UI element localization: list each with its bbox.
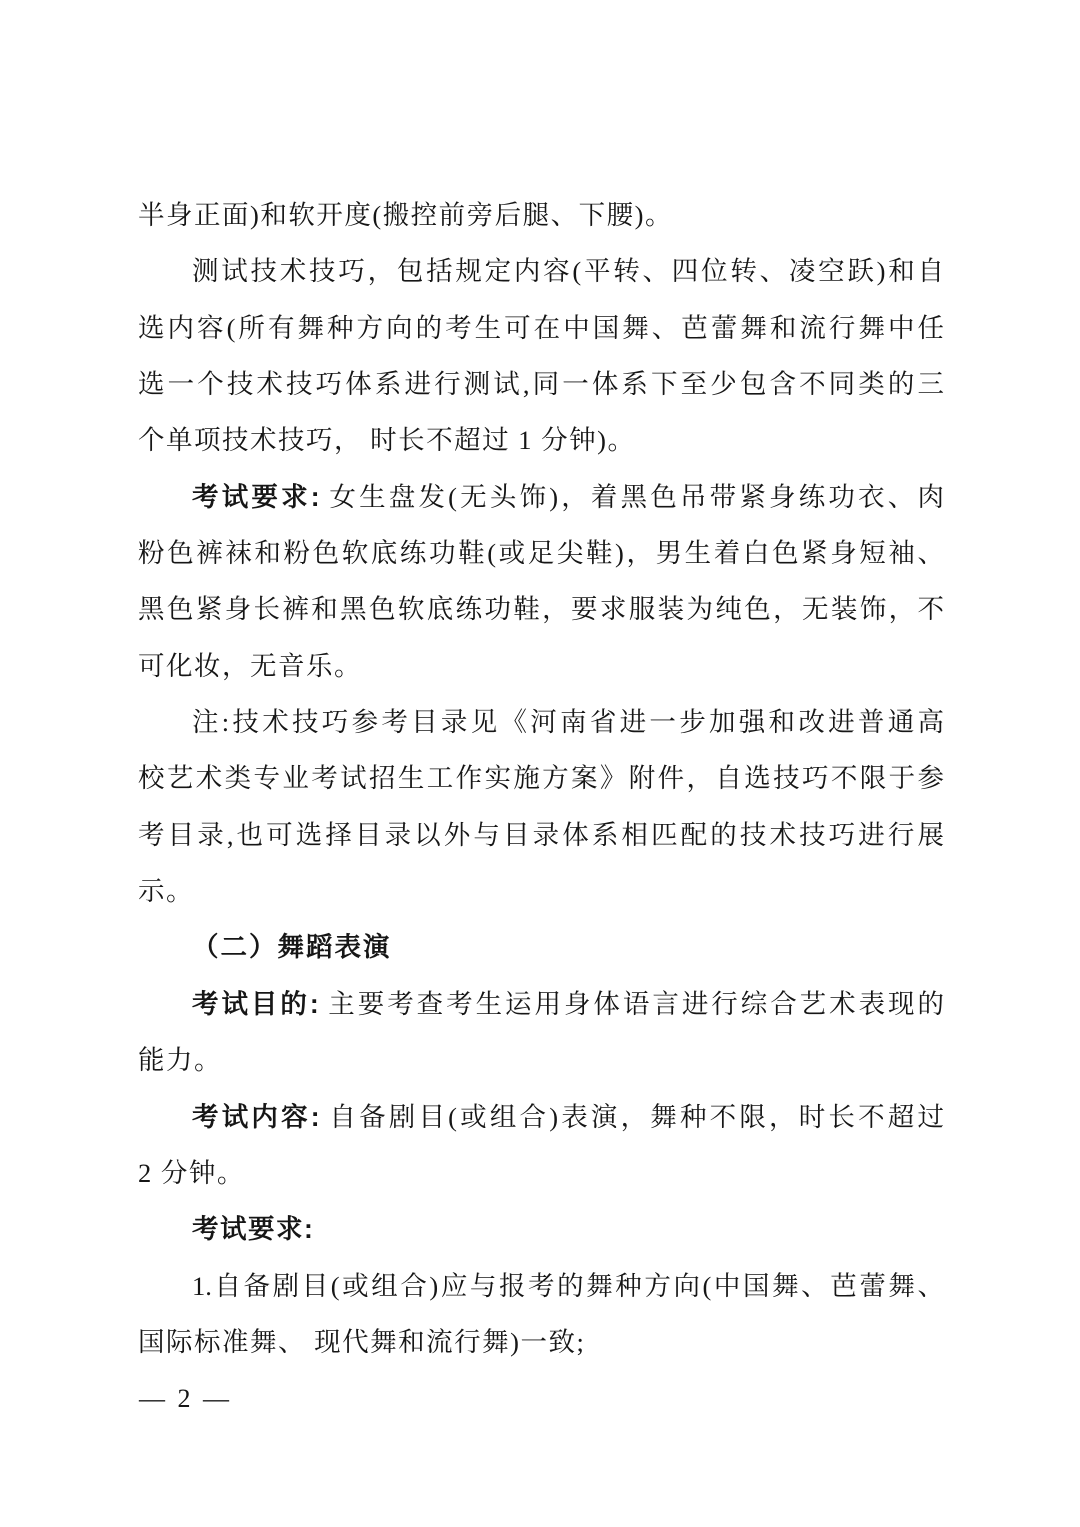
text-line: 半身正面)和软开度(搬控前旁后腿、下腰)。 — [138, 187, 944, 243]
heading-label: （二）舞蹈表演 — [192, 932, 392, 962]
text-line: 国际标准舞、 现代舞和流行舞)一致; — [138, 1314, 944, 1370]
bold-label: 考试要求: — [192, 1214, 314, 1244]
text-line: 可化妆，无音乐。 — [138, 638, 944, 694]
text-line: 粉色裤袜和粉色软底练功鞋(或足尖鞋)，男生着白色紧身短袖、 — [138, 525, 944, 581]
section-heading: （二）舞蹈表演 — [138, 919, 944, 975]
text-line: 校艺术类专业考试招生工作实施方案》附件，自选技巧不限于参 — [138, 750, 944, 806]
text-line: 黑色紧身长裤和黑色软底练功鞋，要求服装为纯色，无装饰，不 — [138, 581, 944, 637]
text-line: 选一个技术技巧体系进行测试,同一体系下至少包含不同类的三 — [138, 356, 944, 412]
text-line: 示。 — [138, 863, 944, 919]
text-line: 注:技术技巧参考目录见《河南省进一步加强和改进普通高 — [138, 694, 944, 750]
text-line: 测试技术技巧，包括规定内容(平转、四位转、凌空跃)和自 — [138, 243, 944, 299]
document-text: 半身正面)和软开度(搬控前旁后腿、下腰)。测试技术技巧，包括规定内容(平转、四位… — [138, 187, 944, 1370]
bold-label: 考试要求: — [192, 482, 320, 512]
bold-label: 考试内容: — [192, 1102, 320, 1132]
text-line: 个单项技术技巧， 时长不超过 1 分钟)。 — [138, 412, 944, 468]
text-line: 2 分钟。 — [138, 1145, 944, 1201]
document-page: 半身正面)和软开度(搬控前旁后腿、下腰)。测试技术技巧，包括规定内容(平转、四位… — [0, 0, 1080, 1527]
text-line: 能力。 — [138, 1032, 944, 1088]
text-line: 1.自备剧目(或组合)应与报考的舞种方向(中国舞、芭蕾舞、 — [138, 1258, 944, 1314]
text-line: 考目录,也可选择目录以外与目录体系相匹配的技术技巧进行展 — [138, 807, 944, 863]
text-line: 考试内容: 自备剧目(或组合)表演，舞种不限，时长不超过 — [138, 1089, 944, 1145]
text-line: 考试要求: — [138, 1201, 944, 1257]
bold-label: 考试目的: — [192, 989, 319, 1019]
text-line: 考试目的: 主要考查考生运用身体语言进行综合艺术表现的 — [138, 976, 944, 1032]
page-number: — 2 — — [139, 1384, 232, 1414]
text-line: 考试要求: 女生盘发(无头饰)，着黑色吊带紧身练功衣、肉 — [138, 469, 944, 525]
text-line: 选内容(所有舞种方向的考生可在中国舞、芭蕾舞和流行舞中任 — [138, 300, 944, 356]
